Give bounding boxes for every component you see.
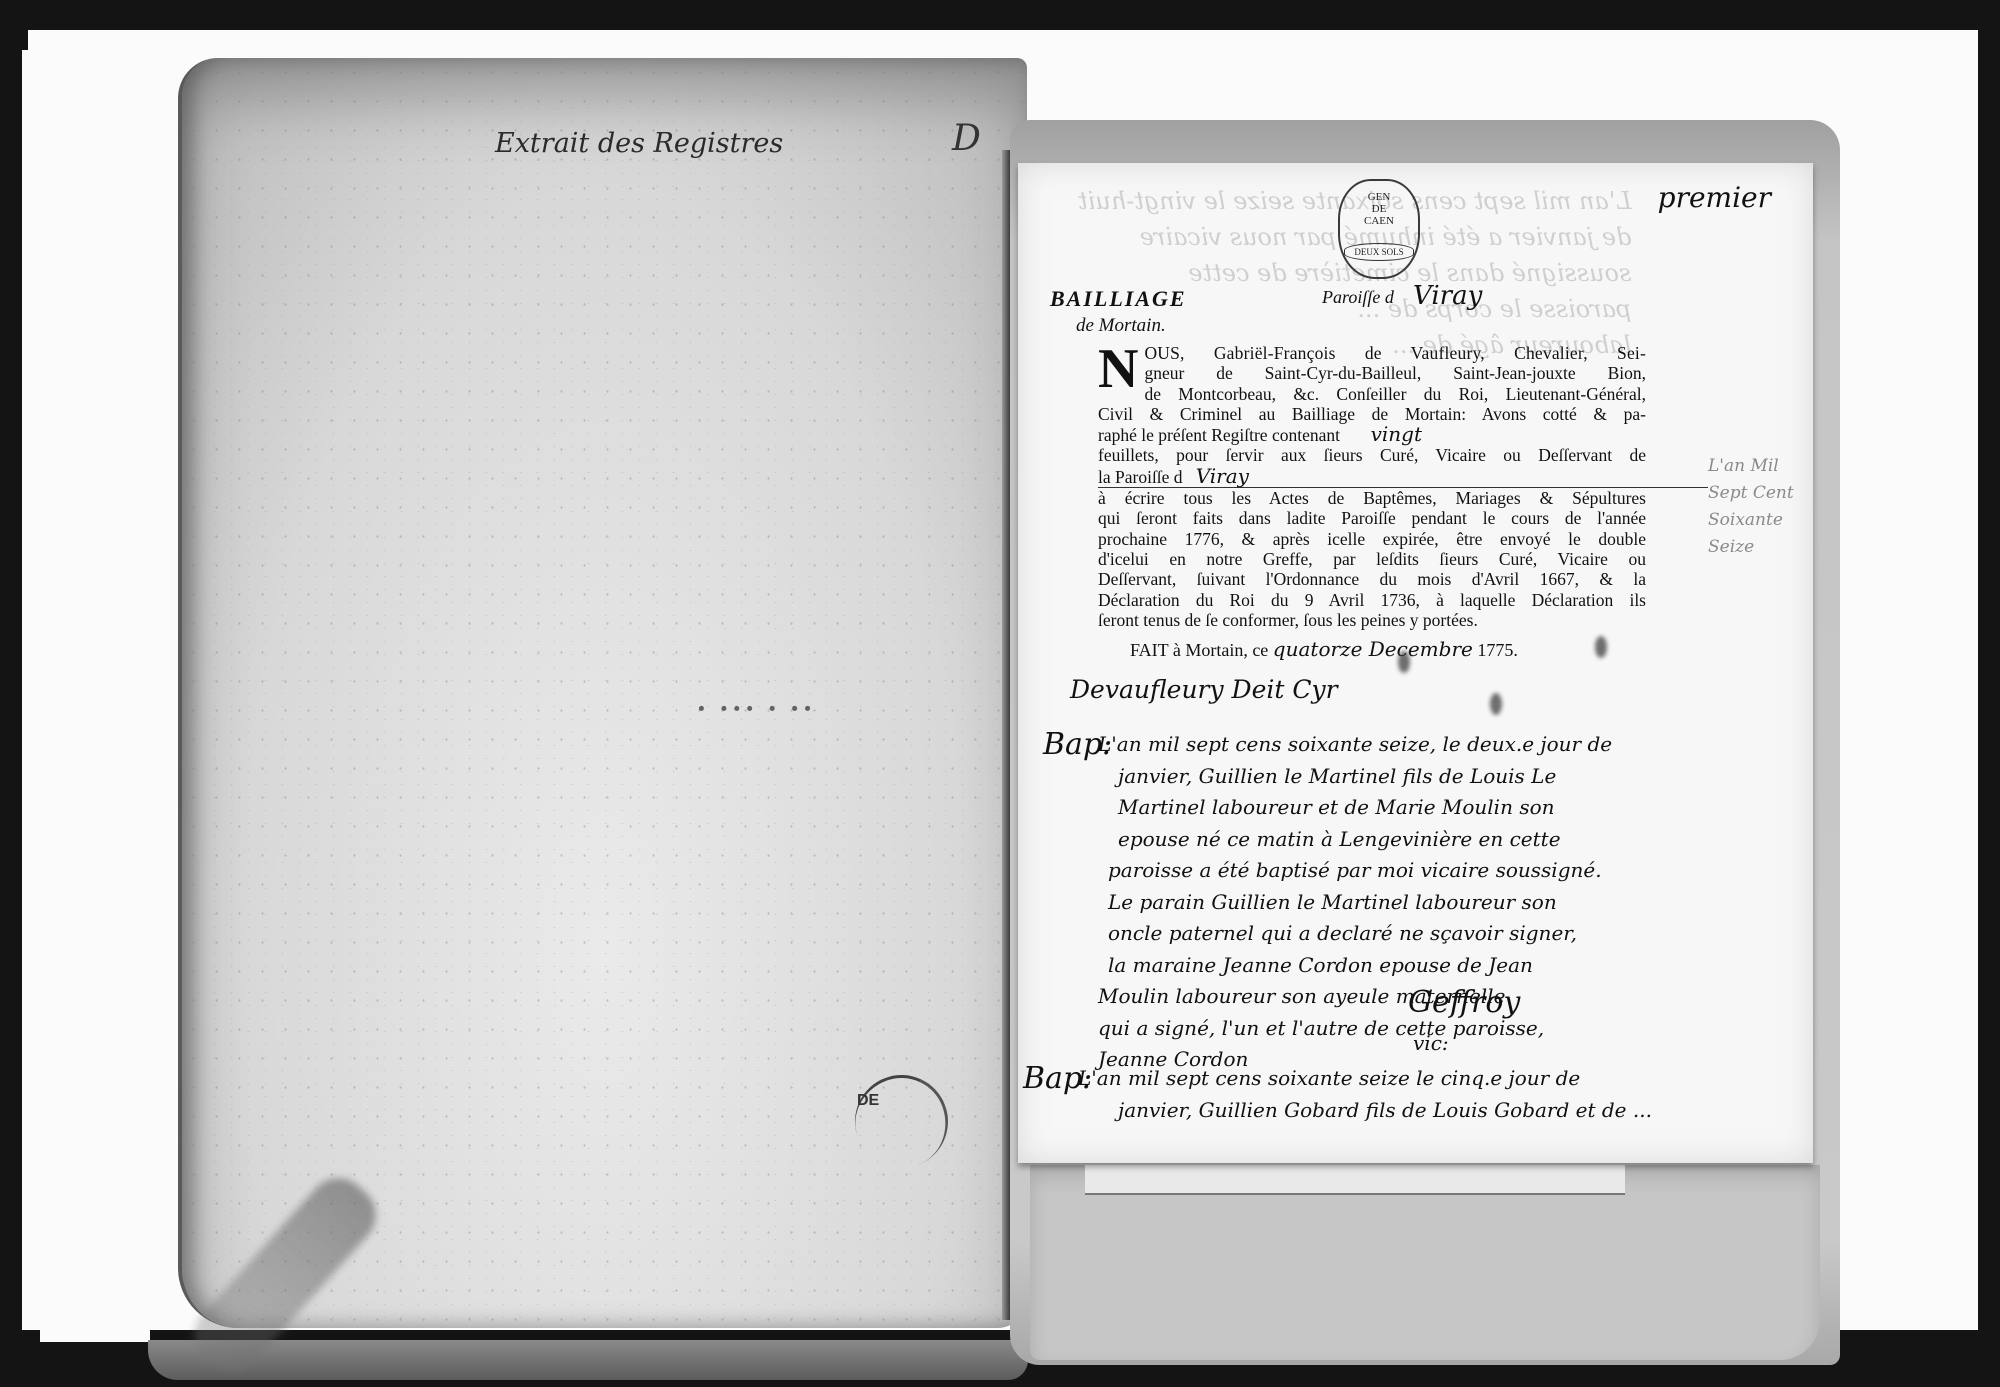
ink-blot: [1595, 636, 1607, 658]
text-line: OUS, Gabriël-François de Vaufleury, Chev…: [1098, 343, 1646, 363]
entry-line: oncle paternel qui a declaré ne sçavoir …: [1098, 921, 1577, 945]
folio-note: premier: [1658, 181, 1771, 214]
text-line: Deſſervant, ſuivant l'Ordonnance du mois…: [1098, 569, 1646, 589]
left-cover-bottom-edge: [148, 1340, 1028, 1380]
entry-line: paroisse a été baptisé par moi vicaire s…: [1098, 858, 1602, 882]
jurisdiction-title: BAILLIAGE: [1050, 286, 1187, 312]
margin-line: Seize: [1708, 537, 1754, 557]
stamp-seal-icon: GEN DE CAEN DEUX SOLS: [1338, 179, 1420, 279]
ink-blot: [1490, 693, 1502, 715]
text-line: Déclaration du Roi du 9 Avril 1736, à la…: [1098, 590, 1646, 610]
margin-line: Soixante: [1708, 510, 1783, 530]
entry-line: Le parain Guillien le Martinel laboureur…: [1098, 890, 1557, 914]
official-signature: Devaufleury Deit Cyr: [1070, 675, 1338, 704]
handwritten-leaf-count: vingt: [1371, 422, 1422, 446]
scan-backing-tab: [22, 50, 42, 1330]
cover-letter: D: [952, 118, 981, 159]
text-line: d'icelui en notre Greffe, par leſdits ſi…: [1098, 549, 1646, 569]
text-line: à écrire tous les Actes de Baptêmes, Mar…: [1098, 488, 1646, 508]
margin-year-note: L'an Mil Sept Cent Soixante Seize: [1708, 453, 1794, 561]
jurisdiction-subtitle: de Mortain.: [1076, 315, 1166, 337]
text-line: raphé le préſent Regiſtre contenant: [1098, 425, 1340, 445]
text-line: qui ſeront faits dans ladite Paroiſſe pe…: [1098, 508, 1646, 528]
seal-band: DEUX SOLS: [1344, 243, 1414, 261]
stamp-label: DE: [857, 1092, 879, 1110]
entry-line: janvier, Guillien Gobard fils de Louis G…: [1078, 1098, 1652, 1122]
handwritten-parish: Viray: [1196, 464, 1249, 488]
text-line: la Paroiſſe d: [1098, 467, 1183, 487]
parish-name-handwritten: Viray: [1413, 281, 1482, 311]
text-line: Civil & Criminel au Bailliage de Mortain…: [1098, 404, 1646, 424]
drop-cap: N: [1098, 347, 1138, 391]
entry-line: L'an mil sept cens soixante seize le cin…: [1078, 1066, 1580, 1090]
text-line: de Montcorbeau, &c. Conſeiller du Roi, L…: [1098, 384, 1646, 404]
dated-line: FAIT à Mortain, ce quatorze Decembre 177…: [1130, 637, 1518, 661]
seal-line: CAEN: [1364, 215, 1394, 227]
printed-certification: N OUS, Gabriël-François de Vaufleury, Ch…: [1098, 343, 1646, 630]
ink-blot: [1398, 651, 1410, 673]
handwritten-date: quatorze Decembre: [1273, 637, 1473, 661]
parish-label: Paroiſſe d: [1322, 287, 1394, 308]
entry-label: Bap:: [1023, 1063, 1092, 1095]
seal-line: DE: [1372, 203, 1387, 215]
register-page: L'an mil sept cens soixante seize le vin…: [1018, 163, 1813, 1163]
entry-line: epouse né ce matin à Lengevinière en cet…: [1098, 827, 1561, 851]
cover-smudge: ∙ ∙∙∙ ∙ ∙∙: [697, 698, 816, 719]
entry-line: janvier, Guillien le Martinel fils de Lo…: [1098, 764, 1556, 788]
text-line: gneur de Saint-Cyr-du-Bailleul, Saint-Je…: [1098, 363, 1646, 383]
scan-backing-bottom: [40, 1330, 150, 1342]
priest-title: vic:: [1413, 1031, 1449, 1055]
entry-line: L'an mil sept cens soixante seize, le de…: [1098, 732, 1612, 756]
entry-line: la maraine Jeanne Cordon epouse de Jean: [1098, 953, 1533, 977]
dated-year: 1775.: [1477, 640, 1518, 660]
text-line: ſeront tenus de ſe conformer, ſous les p…: [1098, 610, 1646, 630]
entry-label: Bap:: [1043, 729, 1112, 761]
baptism-entry-1: Bap: L'an mil sept cens soixante seize, …: [1098, 729, 1612, 1076]
loose-paper-slip: [1085, 1165, 1625, 1195]
priest-signature: Geffroy: [1408, 985, 1520, 1020]
margin-line: L'an Mil: [1708, 456, 1779, 476]
cover-title: Extrait des Registres: [495, 128, 783, 159]
dated-prefix: FAIT à Mortain, ce: [1130, 640, 1268, 660]
text-line: feuillets, pour ſervir aux ſieurs Curé, …: [1098, 445, 1646, 465]
entry-line: Martinel laboureur et de Marie Moulin so…: [1098, 795, 1555, 819]
text-line: prochaine 1776, & après icelle expirée, …: [1098, 529, 1646, 549]
seal-line: GEN: [1368, 191, 1391, 203]
baptism-entry-2: Bap: L'an mil sept cens soixante seize l…: [1078, 1063, 1652, 1126]
margin-line: Sept Cent: [1708, 483, 1794, 503]
